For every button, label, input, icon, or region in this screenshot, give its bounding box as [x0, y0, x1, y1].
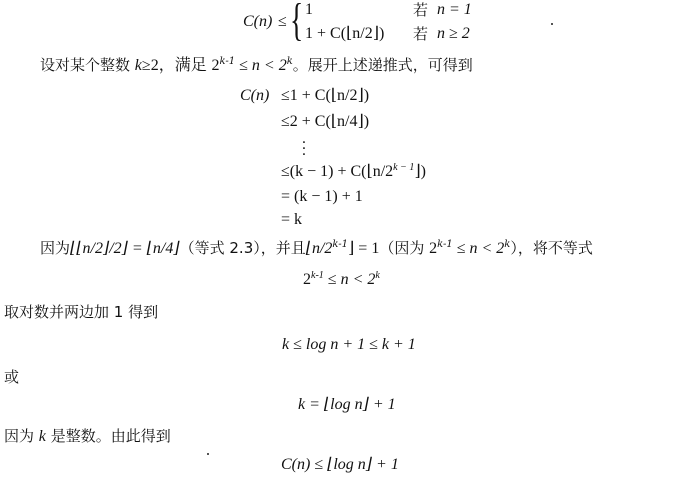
scan-speck [207, 453, 209, 455]
expansion-line-4-b: ⌋) [414, 163, 426, 180]
left-brace: { [290, 0, 303, 43]
expansion-line-4-exp: k − 1 [393, 162, 414, 173]
para1-var-k: k [135, 57, 142, 74]
case1-value: 1 [305, 0, 313, 20]
para1-text-b: ≥2，满足 [142, 57, 207, 74]
para2-expr-1: ⌊⌊n/2⌋/2⌋ = ⌊n/4⌋ [70, 240, 180, 257]
paragraph-5: 因为 k 是整数。由此得到 [4, 426, 171, 447]
recurrence-relation: ≤ [278, 12, 287, 32]
para2-expr-3a: 2 [429, 240, 437, 257]
paragraph-4: 或 [4, 367, 19, 387]
expansion-line-4: ≤(k − 1) + C(⌊n/2k − 1⌋) [281, 162, 426, 182]
vertical-ellipsis: ··· [300, 140, 308, 158]
para2-text-d: ），将不等式 [510, 239, 593, 257]
log-inequality: k ≤ log n + 1 ≤ k + 1 [282, 335, 416, 355]
expansion-line-4-a: ≤(k − 1) + C(⌊n/2 [281, 163, 393, 180]
expansion-line-5: = (k − 1) + 1 [281, 187, 363, 207]
displayed-inequality: 2k-1 ≤ n < 2k [303, 270, 380, 290]
para2-expr-2a: ⌊n/2 [306, 240, 333, 257]
para2-expr-2b: ⌋ = 1 [348, 240, 379, 257]
para2-text-b: （等式 2.3），并且 [180, 239, 306, 257]
k-equation: k = ⌊log n⌋ + 1 [298, 395, 396, 415]
ineq-base: 2 [303, 271, 311, 288]
ineq-exp1: k-1 [311, 270, 324, 281]
para1-exp1: k-1 [219, 56, 235, 67]
para2-expr-2-exp: k-1 [332, 239, 348, 250]
para2-expr-3-exp1: k-1 [437, 239, 453, 250]
expansion-line-2: ≤2 + C(⌊n/4⌋) [281, 112, 369, 132]
final-result: C(n) ≤ ⌊log n⌋ + 1 [281, 455, 399, 475]
paragraph-3: 取对数并两边加 1 得到 [4, 302, 158, 322]
case2-condition: n ≥ 2 [437, 24, 470, 44]
para5-var-k: k [39, 428, 46, 445]
ineq-exp2: k [375, 270, 379, 281]
case2-if-word: 若 [413, 24, 428, 44]
para2-text-c: （因为 [379, 239, 429, 257]
para1-ineq-mid: ≤ n < 2 [235, 57, 287, 74]
case1-if-word: 若 [413, 0, 428, 20]
para1-text-c: 。展开上述递推式，可得到 [293, 56, 473, 74]
expansion-line-6: = k [281, 210, 302, 230]
recurrence-lhs: C(n) [243, 12, 272, 32]
para5-text-a: 因为 [4, 427, 34, 445]
case2-value: 1 + C(⌊n/2⌋) [305, 24, 384, 44]
paragraph-2: 因为⌊⌊n/2⌋/2⌋ = ⌊n/4⌋（等式 2.3），并且⌊n/2k-1⌋ =… [40, 238, 593, 259]
case1-condition: n = 1 [437, 0, 472, 20]
para5-text-b: 是整数。由此得到 [51, 427, 171, 445]
ineq-mid: ≤ n < 2 [324, 271, 376, 288]
scan-speck [551, 23, 553, 25]
paragraph-1: 设对某个整数 k≥2，满足 2k-1 ≤ n < 2k。展开上述递推式，可得到 [40, 55, 473, 76]
para2-text-a: 因为 [40, 239, 70, 257]
para1-text-a: 设对某个整数 [40, 56, 130, 74]
para2-expr-3-mid: ≤ n < 2 [453, 240, 505, 257]
expansion-line-1: ≤1 + C(⌊n/2⌋) [281, 86, 369, 106]
expansion-lhs: C(n) [240, 86, 269, 106]
